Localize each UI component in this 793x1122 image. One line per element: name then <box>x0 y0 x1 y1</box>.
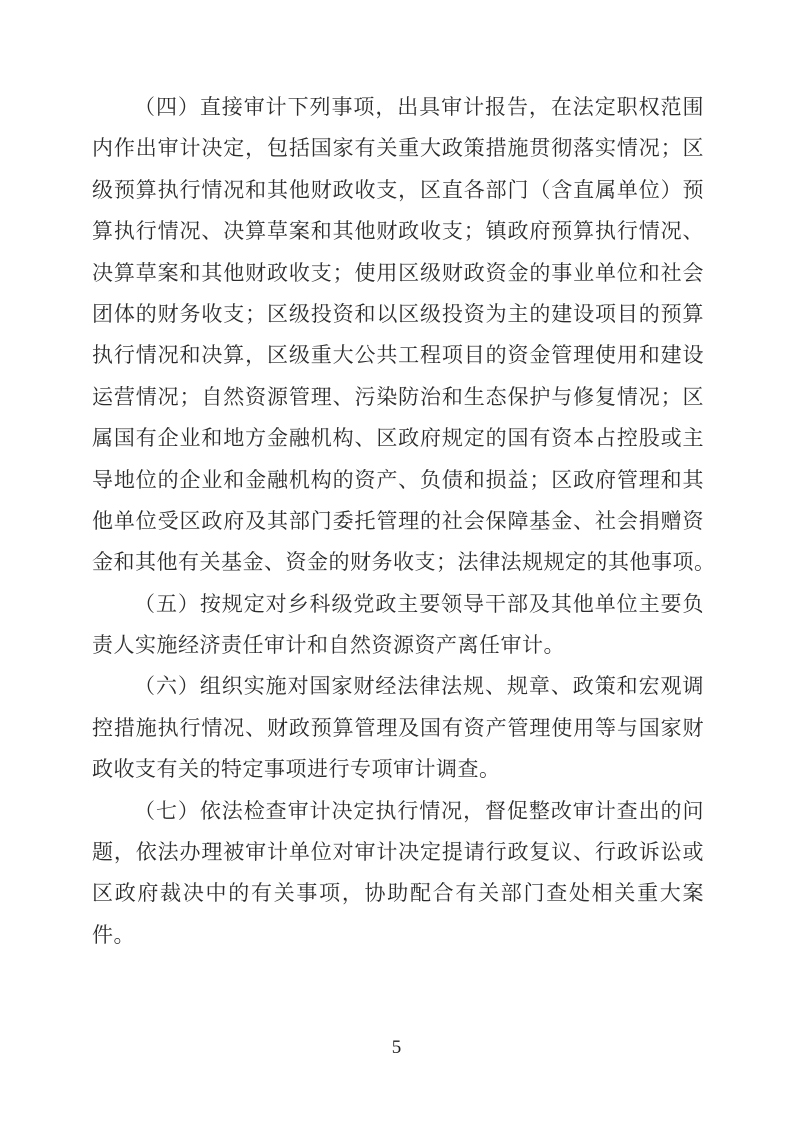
text-line: 区政府裁决中的有关事项，协助配合有关部门查处相关重大案 <box>92 873 704 914</box>
paragraph: （六）组织实施对国家财经法律法规、规章、政策和宏观调控措施执行情况、财政预算管理… <box>92 666 704 790</box>
document-page: （四）直接审计下列事项，出具审计报告，在法定职权范围内作出审计决定，包括国家有关… <box>0 0 793 1122</box>
text-line: 运营情况；自然资源管理、污染防治和生态保护与修复情况；区 <box>92 377 704 418</box>
text-line: 级预算执行情况和其他财政收支，区直各部门（含直属单位）预 <box>92 170 704 211</box>
text-line: 导地位的企业和金融机构的资产、负债和损益；区政府管理和其 <box>92 460 704 501</box>
text-line: （四）直接审计下列事项，出具审计报告，在法定职权范围 <box>92 87 704 128</box>
text-line: 责人实施经济责任审计和自然资源资产离任审计。 <box>92 625 704 666</box>
text-line: 决算草案和其他财政收支；使用区级财政资金的事业单位和社会 <box>92 253 704 294</box>
text-line: （七）依法检查审计决定执行情况，督促整改审计查出的问 <box>92 791 704 832</box>
text-line: 算执行情况、决算草案和其他财政收支；镇政府预算执行情况、 <box>92 211 704 252</box>
text-line: 内作出审计决定，包括国家有关重大政策措施贯彻落实情况；区 <box>92 128 704 169</box>
text-line: 控措施执行情况、财政预算管理及国有资产管理使用等与国家财 <box>92 708 704 749</box>
text-line: （六）组织实施对国家财经法律法规、规章、政策和宏观调 <box>92 666 704 707</box>
text-line: 团体的财务收支；区级投资和以区级投资为主的建设项目的预算 <box>92 294 704 335</box>
text-line: 属国有企业和地方金融机构、区政府规定的国有资本占控股或主 <box>92 418 704 459</box>
paragraph: （五）按规定对乡科级党政主要领导干部及其他单位主要负责人实施经济责任审计和自然资… <box>92 584 704 667</box>
text-line: 他单位受区政府及其部门委托管理的社会保障基金、社会捐赠资 <box>92 501 704 542</box>
text-line: 件。 <box>92 915 704 956</box>
document-body: （四）直接审计下列事项，出具审计报告，在法定职权范围内作出审计决定，包括国家有关… <box>92 87 704 956</box>
text-line: 执行情况和决算，区级重大公共工程项目的资金管理使用和建设 <box>92 335 704 376</box>
text-line: 题，依法办理被审计单位对审计决定提请行政复议、行政诉讼或 <box>92 832 704 873</box>
paragraph: （四）直接审计下列事项，出具审计报告，在法定职权范围内作出审计决定，包括国家有关… <box>92 87 704 584</box>
paragraph: （七）依法检查审计决定执行情况，督促整改审计查出的问题，依法办理被审计单位对审计… <box>92 791 704 957</box>
text-line: 金和其他有关基金、资金的财务收支；法律法规规定的其他事项。 <box>92 542 704 583</box>
text-line: 政收支有关的特定事项进行专项审计调查。 <box>92 749 704 790</box>
page-number: 5 <box>0 1036 793 1060</box>
text-line: （五）按规定对乡科级党政主要领导干部及其他单位主要负 <box>92 584 704 625</box>
